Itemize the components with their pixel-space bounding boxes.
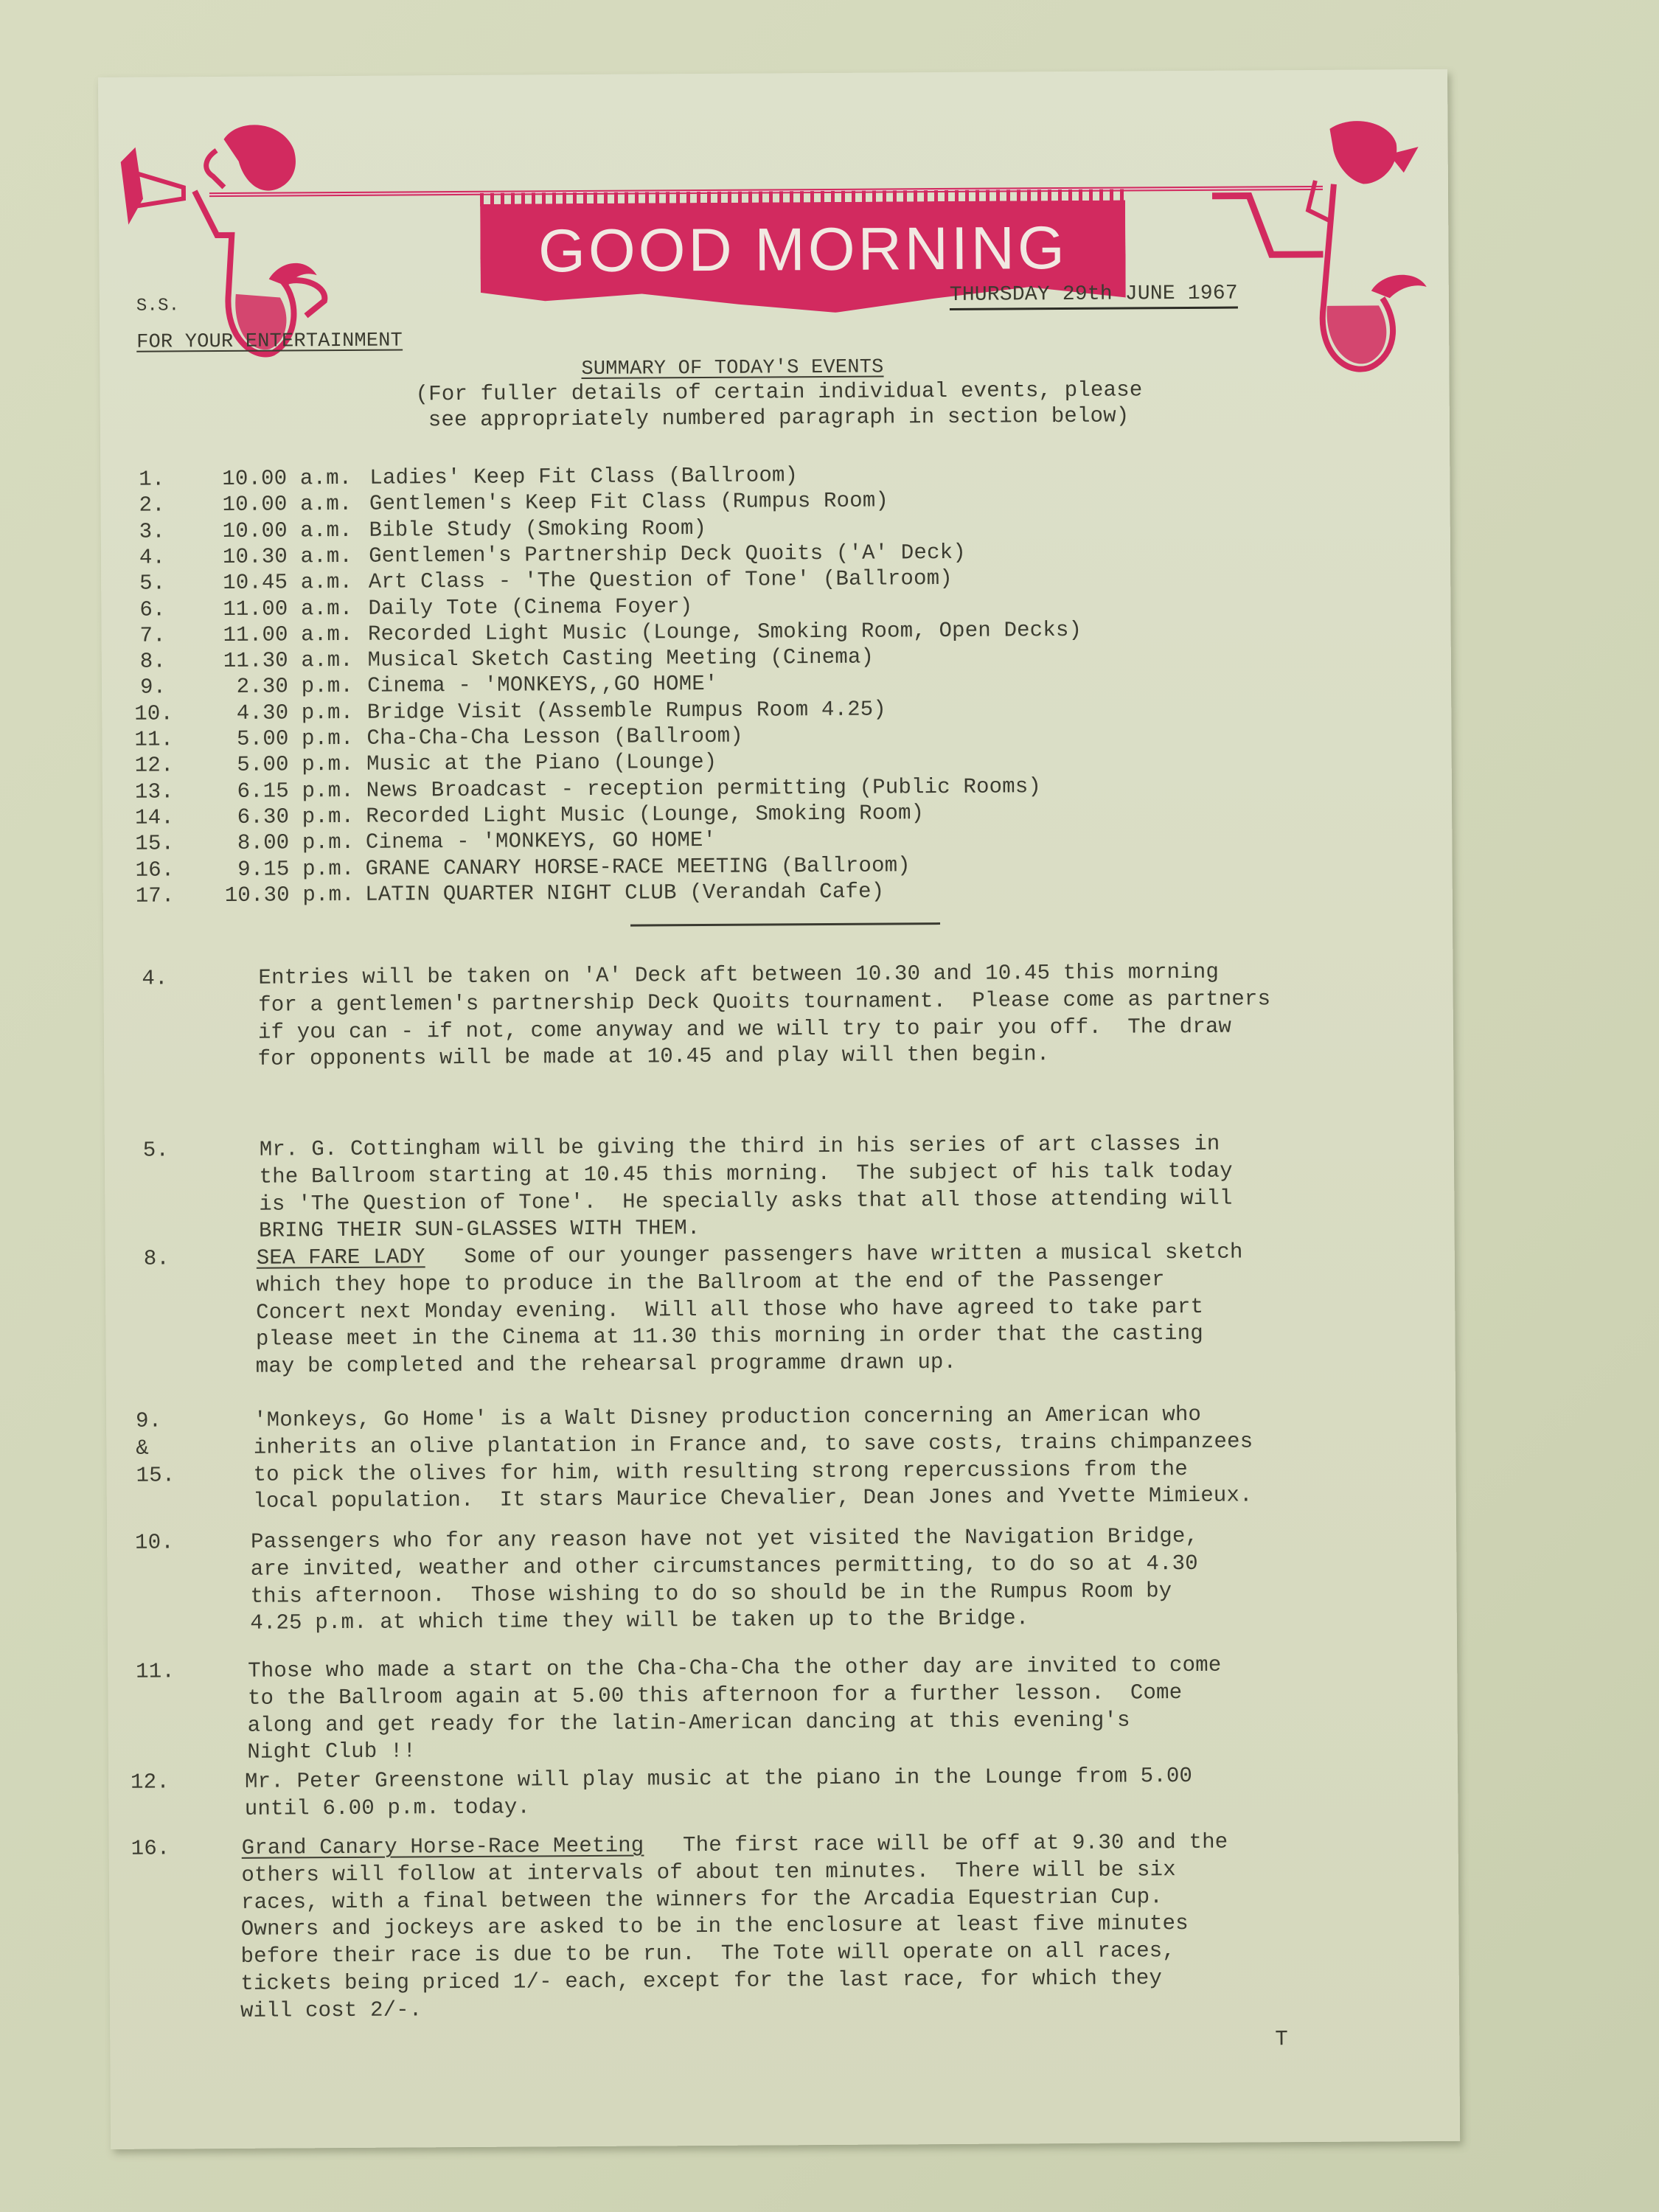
event-time: 11.30 a.m. bbox=[223, 647, 353, 674]
event-number: 17. bbox=[136, 883, 175, 908]
paragraph-title: Grand Canary Horse-Race Meeting bbox=[242, 1833, 644, 1861]
event-time: 5.00 p.m. bbox=[224, 751, 354, 778]
event-description: Recorded Light Music (Lounge, Smoking Ro… bbox=[366, 800, 924, 829]
paragraph-line: may be completed and the rehearsal progr… bbox=[256, 1349, 957, 1380]
event-time: 6.15 p.m. bbox=[224, 777, 354, 804]
paragraph-line: others will follow at intervals of about… bbox=[241, 1857, 1176, 1888]
event-number: 8. bbox=[140, 649, 166, 675]
paragraph-line: 'Monkeys, Go Home' is a Walt Disney prod… bbox=[254, 1402, 1201, 1433]
event-time: 11.00 a.m. bbox=[223, 622, 353, 648]
event-details: 4.Entries will be taken on 'A' Deck aft … bbox=[98, 69, 1447, 77]
event-time: 2.30 p.m. bbox=[223, 673, 353, 700]
event-number: 11. bbox=[134, 726, 173, 752]
event-number: 1. bbox=[139, 466, 164, 492]
event-number: 3. bbox=[139, 518, 165, 544]
paragraph-number: 16. bbox=[131, 1835, 170, 1861]
event-time: 8.00 p.m. bbox=[224, 829, 354, 856]
event-number: 16. bbox=[135, 857, 174, 883]
banner-title: GOOD MORNING bbox=[480, 207, 1126, 292]
event-number: 7. bbox=[140, 622, 166, 648]
paragraph-line: for a gentlemen's partnership Deck Quoit… bbox=[258, 986, 1270, 1018]
event-description: Art Class - 'The Question of Tone' (Ball… bbox=[369, 566, 953, 595]
event-description: Gentlemen's Partnership Deck Quoits ('A'… bbox=[369, 540, 966, 569]
event-number: 13. bbox=[135, 779, 174, 804]
event-time: 9.15 p.m. bbox=[224, 855, 354, 882]
newsletter-page: GOOD MORNING S.S. THURSDAY 29th JUNE 196… bbox=[98, 69, 1460, 2149]
event-time: 4.30 p.m. bbox=[223, 700, 353, 726]
event-description: Cinema - 'MONKEYS,,GO HOME' bbox=[367, 671, 717, 699]
event-description: Bible Study (Smoking Room) bbox=[369, 515, 706, 543]
paragraph-number: 4. bbox=[142, 965, 167, 991]
mermaid-trumpeter-right-icon bbox=[1204, 114, 1456, 395]
event-time: 11.00 a.m. bbox=[223, 595, 352, 622]
paragraph-line: are invited, weather and other circumsta… bbox=[251, 1551, 1198, 1582]
paragraph-number: 11. bbox=[136, 1658, 175, 1684]
paragraph-line: will cost 2/-. bbox=[240, 1997, 422, 2024]
paragraph-number: & bbox=[136, 1435, 149, 1461]
paragraph-line: the Ballroom starting at 10.45 this morn… bbox=[260, 1158, 1233, 1189]
event-description: Daily Tote (Cinema Foyer) bbox=[368, 594, 692, 622]
paragraph-line: The first race will be off at 9.30 and t… bbox=[644, 1829, 1228, 1859]
event-description: Recorded Light Music (Lounge, Smoking Ro… bbox=[368, 617, 1082, 647]
event-description: LATIN QUARTER NIGHT CLUB (Verandah Cafe) bbox=[365, 878, 884, 907]
paragraph-line: Owners and jockeys are asked to be in th… bbox=[241, 1910, 1189, 1942]
event-time: 5.00 p.m. bbox=[223, 726, 353, 752]
paragraph-line: races, with a final between the winners … bbox=[241, 1884, 1163, 1916]
paragraph-number: 8. bbox=[144, 1245, 170, 1271]
paragraph-line: this afternoon. Those wishing to do so s… bbox=[250, 1578, 1172, 1610]
paragraph-line: until 6.00 p.m. today. bbox=[245, 1794, 530, 1821]
event-number: 15. bbox=[135, 831, 174, 857]
paragraph-number: 15. bbox=[136, 1462, 175, 1488]
paragraph-line: Concert next Monday evening. Will all th… bbox=[256, 1293, 1203, 1325]
events-list: 1.10.00 a.m.Ladies' Keep Fit Class (Ball… bbox=[98, 69, 1447, 77]
event-time: 10.00 a.m. bbox=[223, 517, 352, 543]
paragraph-line: Entries will be taken on 'A' Deck aft be… bbox=[258, 959, 1219, 991]
section-heading: FOR YOUR ENTERTAINMENT bbox=[136, 328, 403, 355]
paragraph-line: Night Club !! bbox=[247, 1739, 416, 1765]
paragraph-line: to the Ballroom again at 5.00 this after… bbox=[248, 1680, 1183, 1711]
paragraph-line: inherits an olive plantation in France a… bbox=[254, 1428, 1253, 1460]
paragraph-line: if you can - if not, come anyway and we … bbox=[258, 1013, 1231, 1045]
event-number: 5. bbox=[139, 571, 165, 597]
paragraph-line: BRING THEIR SUN-GLASSES WITH THEM. bbox=[259, 1215, 700, 1244]
paragraph-line: to pick the olives for him, with resulti… bbox=[253, 1456, 1188, 1488]
event-number: 12. bbox=[135, 753, 174, 779]
paragraph-line: which they hope to produce in the Ballro… bbox=[256, 1267, 1164, 1298]
paragraph-line: tickets being priced 1/- each, except fo… bbox=[240, 1965, 1162, 1997]
paragraph-line: please meet in the Cinema at 11.30 this … bbox=[256, 1321, 1203, 1352]
paragraph-line: Some of our younger passengers have writ… bbox=[425, 1239, 1242, 1270]
paragraph-number: 10. bbox=[135, 1529, 174, 1555]
paragraph-number: 12. bbox=[131, 1769, 170, 1795]
event-description: Bridge Visit (Assemble Rumpus Room 4.25) bbox=[367, 696, 886, 725]
paragraph-line: is 'The Question of Tone'. He specially … bbox=[259, 1185, 1232, 1217]
event-time: 10.00 a.m. bbox=[222, 491, 352, 518]
event-number: 9. bbox=[140, 675, 166, 700]
summary-note-line2: see appropriately numbered paragraph in … bbox=[428, 403, 1130, 433]
paragraph-line: along and get ready for the latin-Americ… bbox=[248, 1707, 1130, 1738]
event-description: Ladies' Keep Fit Class (Ballroom) bbox=[369, 462, 798, 491]
event-time: 10.00 a.m. bbox=[222, 465, 352, 492]
paragraph-line: local population. It stars Maurice Cheva… bbox=[253, 1483, 1253, 1514]
event-description: GRANE CANARY HORSE-RACE MEETING (Ballroo… bbox=[365, 852, 911, 882]
event-time: 6.30 p.m. bbox=[224, 804, 354, 830]
event-number: 4. bbox=[139, 544, 165, 570]
event-number: 10. bbox=[134, 700, 173, 726]
paragraph-line: Mr. G. Cottingham will be giving the thi… bbox=[260, 1131, 1220, 1163]
event-description: Music at the Piano (Lounge) bbox=[366, 749, 717, 777]
event-time: 10.30 p.m. bbox=[225, 882, 355, 908]
paragraph-line: 4.25 p.m. at which time they will be tak… bbox=[250, 1606, 1029, 1636]
event-description: News Broadcast - reception permitting (P… bbox=[366, 773, 1042, 804]
paragraph-line: for opponents will be made at 10.45 and … bbox=[258, 1042, 1050, 1073]
event-time: 10.30 a.m. bbox=[223, 543, 352, 570]
paragraph-line: Passengers who for any reason have not y… bbox=[251, 1523, 1198, 1555]
paragraph-line: Those who made a start on the Cha-Cha-Ch… bbox=[248, 1652, 1221, 1684]
event-number: 6. bbox=[139, 597, 165, 622]
section-divider bbox=[630, 922, 940, 927]
paragraph-title: SEA FARE LADY bbox=[257, 1244, 425, 1270]
paragraph-number: 9. bbox=[136, 1408, 161, 1434]
footer-mark: T bbox=[1275, 2026, 1288, 2052]
event-description: Cinema - 'MONKEYS, GO HOME' bbox=[366, 827, 716, 855]
event-description: Musical Sketch Casting Meeting (Cinema) bbox=[368, 644, 874, 673]
event-time: 10.45 a.m. bbox=[223, 569, 352, 596]
issue-date: THURSDAY 29th JUNE 1967 bbox=[950, 281, 1238, 310]
event-description: Cha-Cha-Cha Lesson (Ballroom) bbox=[366, 723, 743, 751]
event-number: 14. bbox=[135, 804, 174, 830]
paragraph-line: Mr. Peter Greenstone will play music at … bbox=[245, 1763, 1192, 1795]
paragraph-number: 5. bbox=[143, 1137, 169, 1163]
paragraph-line: before their race is due to be run. The … bbox=[240, 1938, 1175, 1969]
event-description: Gentlemen's Keep Fit Class (Rumpus Room) bbox=[369, 488, 888, 517]
ship-name: S.S. bbox=[136, 293, 180, 319]
event-number: 2. bbox=[139, 493, 164, 518]
summary-note-line1: (For fuller details of certain individua… bbox=[416, 377, 1143, 407]
